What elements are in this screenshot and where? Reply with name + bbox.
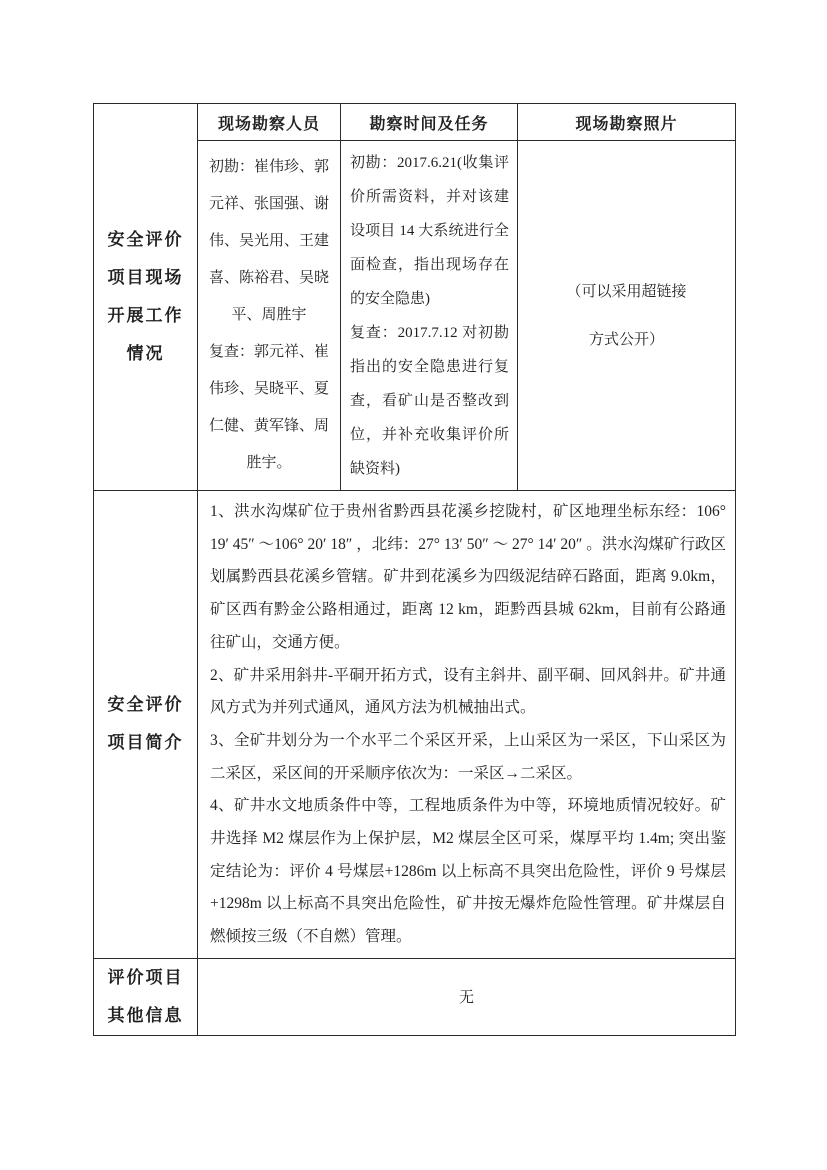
other-info-row: 评价项目 其他信息 无 xyxy=(94,958,736,1035)
project-overview-cell: 1、洪水沟煤矿位于贵州省黔西县花溪乡挖陇村，矿区地理坐标东经：106° 19′ … xyxy=(198,491,736,959)
safety-evaluation-table: 安全评价 项目现场 开展工作 情况 现场勘察人员 勘察时间及任务 现场勘察照片 … xyxy=(93,103,736,1036)
time-task-cell: 初勘：2017.6.21(收集评价所需资料，并对该建设项目 14 大系统进行全面… xyxy=(341,141,518,491)
personnel-initial-survey: 初勘：崔伟珍、郭元祥、张国强、谢伟、吴光用、王建喜、陈裕君、吴晓平、周胜宇 xyxy=(204,149,334,334)
overview-paragraph-3: 3、全矿井划分为一个水平二个采区开采，上山采区为一采区，下山采区为二采区，采区间… xyxy=(210,725,726,790)
row-label-line: 其他信息 xyxy=(94,997,197,1035)
overview-paragraph-2: 2、矿井采用斜井-平硐开拓方式，设有主斜井、副平硐、回风斜井。矿井通风方式为并列… xyxy=(210,660,726,725)
overview-paragraph-1: 1、洪水沟煤矿位于贵州省黔西县花溪乡挖陇村，矿区地理坐标东经：106° 19′ … xyxy=(210,496,726,660)
column-header-time-task: 勘察时间及任务 xyxy=(341,104,518,141)
photos-note-line: 方式公开） xyxy=(518,316,735,364)
column-header-personnel: 现场勘察人员 xyxy=(198,104,341,141)
row-label-line: 项目现场 xyxy=(94,259,197,297)
project-overview-row: 安全评价 项目简介 1、洪水沟煤矿位于贵州省黔西县花溪乡挖陇村，矿区地理坐标东经… xyxy=(94,491,736,959)
row-label-other-info: 评价项目 其他信息 xyxy=(94,958,198,1035)
row-label-site-work: 安全评价 项目现场 开展工作 情况 xyxy=(94,104,198,491)
row-label-line: 情况 xyxy=(94,335,197,373)
row-label-line: 安全评价 xyxy=(94,686,197,724)
row-label-line: 安全评价 xyxy=(94,221,197,259)
task-initial-survey: 初勘：2017.6.21(收集评价所需资料，并对该建设项目 14 大系统进行全面… xyxy=(350,146,509,316)
row-label-project-overview: 安全评价 项目简介 xyxy=(94,491,198,959)
photos-cell: （可以采用超链接 方式公开） xyxy=(518,141,736,491)
row-label-line: 评价项目 xyxy=(94,959,197,997)
document-page: 安全评价 项目现场 开展工作 情况 现场勘察人员 勘察时间及任务 现场勘察照片 … xyxy=(0,0,827,1170)
other-info-value: 无 xyxy=(198,958,736,1035)
personnel-cell: 初勘：崔伟珍、郭元祥、张国强、谢伟、吴光用、王建喜、陈裕君、吴晓平、周胜宇 复查… xyxy=(198,141,341,491)
photos-note-line: （可以采用超链接 xyxy=(518,268,735,316)
personnel-review: 复查：郭元祥、崔伟珍、吴晓平、夏仁健、黄军锋、周胜宇。 xyxy=(204,334,334,482)
table-header-row: 安全评价 项目现场 开展工作 情况 现场勘察人员 勘察时间及任务 现场勘察照片 xyxy=(94,104,736,141)
task-review: 复查：2017.7.12 对初勘指出的安全隐患进行复查，看矿山是否整改到位，并补… xyxy=(350,316,509,486)
row-label-line: 开展工作 xyxy=(94,297,197,335)
column-header-photos: 现场勘察照片 xyxy=(518,104,736,141)
row-label-line: 项目简介 xyxy=(94,724,197,762)
overview-paragraph-4: 4、矿井水文地质条件中等，工程地质条件为中等，环境地质情况较好。矿井选择 M2 … xyxy=(210,790,726,954)
